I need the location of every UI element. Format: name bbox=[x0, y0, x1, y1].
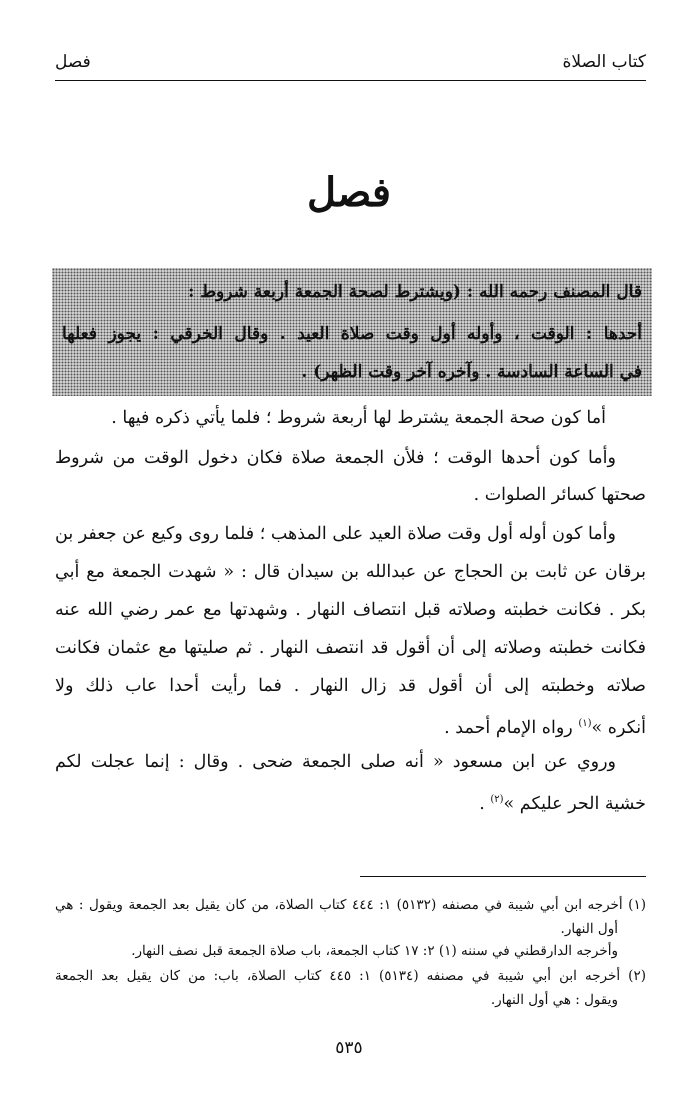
body-line: أما كون صحة الجمعة يشترط لها أربعة شروط … bbox=[111, 405, 606, 431]
chapter-title: فصل bbox=[0, 168, 698, 218]
footnote-rule bbox=[360, 876, 646, 877]
footnote-2-line: ويقول : هي أول النهار. bbox=[491, 990, 618, 1010]
footnote-1-line: أول النهار. bbox=[561, 919, 618, 939]
quote-text: خشية الحر عليكم » bbox=[504, 794, 646, 814]
matn-line: أحدها : الوقت ، وأوله أول وقت صلاة العيد… bbox=[62, 324, 642, 344]
page-number: ٥٣٥ bbox=[0, 1038, 698, 1058]
body-line: بكر . فكانت خطبته وصلاته قبل انتصاف النه… bbox=[55, 597, 646, 623]
header-rule bbox=[55, 80, 646, 81]
running-head: كتاب الصلاة فصل bbox=[55, 42, 646, 72]
body-line: صلاته وخطبته إلى أن أقول قد زال النهار .… bbox=[55, 673, 646, 699]
body-line: خشية الحر عليكم »(٢) . bbox=[479, 787, 646, 817]
body-line: وأما كون أوله أول وقت صلاة العيد على الم… bbox=[55, 521, 616, 547]
matn-line: في الساعة السادسة . وآخره آخر وقت الظهر)… bbox=[301, 362, 642, 382]
footnote-1-line: وأخرجه الدارقطني في سننه (١) ٢: ١٧ كتاب … bbox=[131, 941, 618, 961]
matn-shaded-box: قال المصنف رحمه الله : (ويشترط لصحة الجم… bbox=[52, 268, 652, 396]
body-line: وأما كون أحدها الوقت ؛ فلأن الجمعة صلاة … bbox=[55, 445, 616, 471]
body-line: أنكره »(١) رواه الإمام أحمد . bbox=[444, 711, 646, 741]
book-page: كتاب الصلاة فصل فصل قال المصنف رحمه الله… bbox=[0, 0, 698, 1102]
footnote-ref-2[interactable]: (٢) bbox=[490, 794, 503, 805]
footnote-ref-1[interactable]: (١) bbox=[578, 718, 591, 729]
footnote-1-line: (١) أخرجه ابن أبي شيبة في مصنفه (٥١٣٢) ١… bbox=[55, 895, 646, 915]
body-line: برقان عن ثابت بن الحجاج عن عبدالله بن سي… bbox=[55, 559, 646, 585]
quote-text: أنكره » bbox=[592, 718, 647, 738]
running-head-section-title: فصل bbox=[55, 52, 91, 72]
footnote-2-line: (٢) أخرجه ابن أبي شيبة في مصنفه (٥١٣٤) ١… bbox=[55, 966, 646, 986]
period-text: . bbox=[479, 794, 485, 814]
running-head-book-title: كتاب الصلاة bbox=[562, 52, 646, 72]
body-line: فكانت خطبته وصلاته إلى أن أقول قد انتصف … bbox=[55, 635, 646, 661]
attribution-text: رواه الإمام أحمد . bbox=[444, 718, 573, 738]
body-line: وروي عن ابن مسعود « أنه صلى الجمعة ضحى .… bbox=[55, 749, 616, 775]
body-line: صحتها كسائر الصلوات . bbox=[474, 482, 646, 508]
matn-line: قال المصنف رحمه الله : (ويشترط لصحة الجم… bbox=[188, 282, 642, 302]
